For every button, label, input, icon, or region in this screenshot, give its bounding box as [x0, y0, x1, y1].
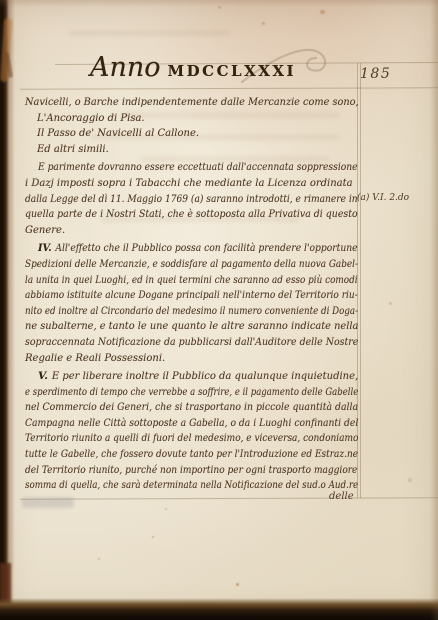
- line-text: sopraccennata Notificazione da pubblicar…: [25, 337, 358, 348]
- manuscript-line: tutte le Gabelle, che fossero dovute tan…: [25, 447, 324, 463]
- bleed-through: [70, 30, 230, 36]
- page-header: Anno MDCCLXXXI: [90, 53, 296, 83]
- line-text: All'effetto che il Pubblico possa con fa…: [55, 243, 357, 254]
- line-text: Spedizioni delle Mercanzie, e soddisfare…: [25, 259, 358, 270]
- line-text: L'Ancoraggio di Pisa.: [37, 113, 145, 124]
- line-text: Regalie e Reali Possessioni.: [25, 353, 165, 364]
- manuscript-line: Ed altri simili.: [37, 142, 358, 158]
- foxing-spot: [152, 536, 154, 538]
- line-text: Territorio riunito a quelli di fuori del…: [25, 433, 358, 444]
- manuscript-line: abbiamo istituite alcune Dogane principa…: [25, 288, 325, 304]
- line-text: e sperdimento di tempo che verrebbe a so…: [25, 387, 358, 398]
- page-right-edge-shadow: [430, 0, 438, 620]
- manuscript-line: IV.All'effetto che il Pubblico possa con…: [38, 241, 331, 257]
- foxing-spot: [236, 583, 239, 586]
- line-text: quella parte de i Nostri Stati, che è so…: [25, 209, 358, 220]
- manuscript-line: Genere.: [25, 223, 358, 239]
- anno-label: Anno: [90, 53, 161, 83]
- manuscript-line: quella parte de i Nostri Stati, che è so…: [25, 207, 337, 223]
- line-text: nel Commercio dei Generi, che si traspor…: [25, 402, 358, 413]
- line-text: E parimente dovranno essere eccettuati d…: [38, 162, 358, 173]
- manuscript-line: Campagna nelle Città sottoposte a Gabell…: [25, 416, 331, 432]
- manuscript-line: sopraccennata Notificazione da pubblicar…: [25, 335, 338, 351]
- manuscript-line: nel Commercio dei Generi, che si traspor…: [25, 400, 336, 416]
- line-text: tutte le Gabelle, che fossero dovute tan…: [25, 449, 358, 460]
- foxing-spot: [389, 302, 392, 305]
- manuscript-line: dalla Legge del dì 11. Maggio 1769 (a) s…: [25, 192, 327, 208]
- foxing-spot: [408, 478, 412, 482]
- line-text: del Territorio riunito, purché non impor…: [25, 465, 357, 476]
- manuscript-line: Territorio riunito a quelli di fuori del…: [25, 431, 324, 447]
- manuscript-line: e sperdimento di tempo che verrebbe a so…: [25, 385, 309, 401]
- manuscript-line: del Territorio riunito, purché non impor…: [25, 463, 325, 479]
- line-text: Il Passo de' Navicelli al Callone.: [37, 128, 199, 139]
- foxing-spot: [218, 6, 221, 9]
- page-number: 185: [360, 66, 391, 82]
- manuscript-line: V.E per liberare inoltre il Pubblico da …: [38, 369, 357, 385]
- book-bottom-edge: [0, 598, 438, 620]
- manuscript-line: E parimente dovranno essere eccettuati d…: [38, 160, 330, 176]
- line-text: E per liberare inoltre il Pubblico da qu…: [52, 371, 358, 382]
- section-numeral: V.: [38, 370, 48, 382]
- header-ruling-line: [20, 87, 438, 89]
- manuscript-line: Spedizioni delle Mercanzie, e soddisfare…: [25, 257, 321, 273]
- manuscript-line: nito ed inoltre al Circondario del medes…: [25, 304, 314, 320]
- margin-ruling-vertical: [360, 63, 361, 498]
- manuscript-line: somma di quella, che sarà determinata ne…: [25, 478, 315, 494]
- catchword: delle: [329, 491, 354, 502]
- manuscript-line: i Dazj imposti sopra i Tabacchi che medi…: [25, 176, 358, 192]
- manuscript-body: Navicelli, o Barche indipendentemente da…: [25, 95, 358, 494]
- line-text: nito ed inoltre al Circondario del medes…: [25, 306, 358, 317]
- manuscript-scan-page: Anno MDCCLXXXI 185 (a) V.I. 2.do Navicel…: [0, 0, 438, 620]
- manuscript-line: ne subalterne, e tanto le une quanto le …: [25, 319, 352, 335]
- foxing-spot: [262, 22, 265, 25]
- manuscript-line: L'Ancoraggio di Pisa.: [37, 111, 358, 127]
- line-text: abbiamo istituite alcune Dogane principa…: [25, 290, 358, 301]
- line-text: i Dazj imposti sopra i Tabacchi che medi…: [25, 178, 353, 189]
- foxing-spot: [98, 558, 100, 560]
- line-text: ne subalterne, e tanto le une quanto le …: [25, 321, 358, 332]
- manuscript-line: Il Passo de' Navicelli al Callone.: [37, 126, 358, 142]
- footer-ruling-line: [20, 497, 438, 499]
- year-roman-numeral: MDCCLXXXI: [168, 62, 296, 80]
- foxing-spot: [165, 508, 167, 510]
- line-text: somma di quella, che sarà determinata ne…: [25, 480, 358, 491]
- margin-note: (a) V.I. 2.do: [357, 193, 409, 203]
- line-text: Campagna nelle Città sottoposte a Gabell…: [25, 418, 358, 429]
- manuscript-line: Regalie e Reali Possessioni.: [25, 351, 358, 367]
- line-text: la unita in quei Luoghi, ed in quei term…: [25, 275, 358, 286]
- binding-gutter-shadow: [0, 0, 15, 620]
- section-numeral: IV.: [38, 242, 52, 254]
- foxing-spot: [320, 10, 325, 14]
- line-text: Navicelli, o Barche indipendentemente da…: [25, 97, 359, 108]
- line-text: Genere.: [25, 225, 65, 236]
- line-text: dalla Legge del dì 11. Maggio 1769 (a) s…: [25, 194, 358, 205]
- manuscript-line: Navicelli, o Barche indipendentemente da…: [25, 95, 349, 111]
- manuscript-line: la unita in quei Luoghi, ed in quei term…: [25, 273, 319, 289]
- line-text: Ed altri simili.: [37, 144, 109, 155]
